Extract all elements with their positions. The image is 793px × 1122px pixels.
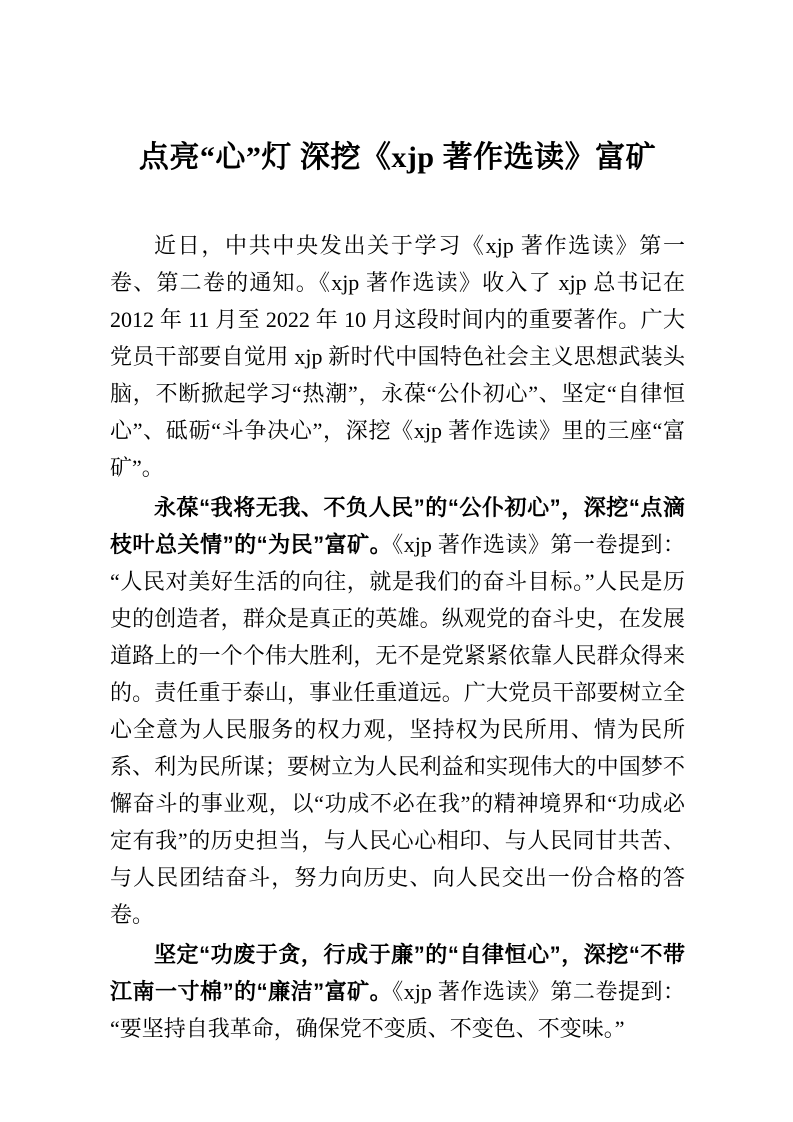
- paragraph-text: 《xjp 著作选读》第一卷提到：“人民对美好生活的向往，就是我们的奋斗目标。”人…: [110, 532, 685, 927]
- paragraph: 永葆“我将无我、不负人民”的“公仆初心”，深挖“点滴枝叶总关情”的“为民”富矿。…: [110, 489, 685, 933]
- document-title: 点亮“心”灯 深挖《xjp 著作选读》富矿: [110, 137, 685, 179]
- paragraph-text: 近日，中共中央发出关于学习《xjp 著作选读》第一卷、第二卷的通知。《xjp 著…: [110, 233, 685, 480]
- paragraph: 近日，中共中央发出关于学习《xjp 著作选读》第一卷、第二卷的通知。《xjp 著…: [110, 227, 685, 486]
- paragraph: 坚定“功废于贪，行成于廉”的“自律恒心”，深挖“不带江南一寸棉”的“廉洁”富矿。…: [110, 936, 685, 1047]
- document-page: 点亮“心”灯 深挖《xjp 著作选读》富矿 近日，中共中央发出关于学习《xjp …: [0, 0, 793, 1122]
